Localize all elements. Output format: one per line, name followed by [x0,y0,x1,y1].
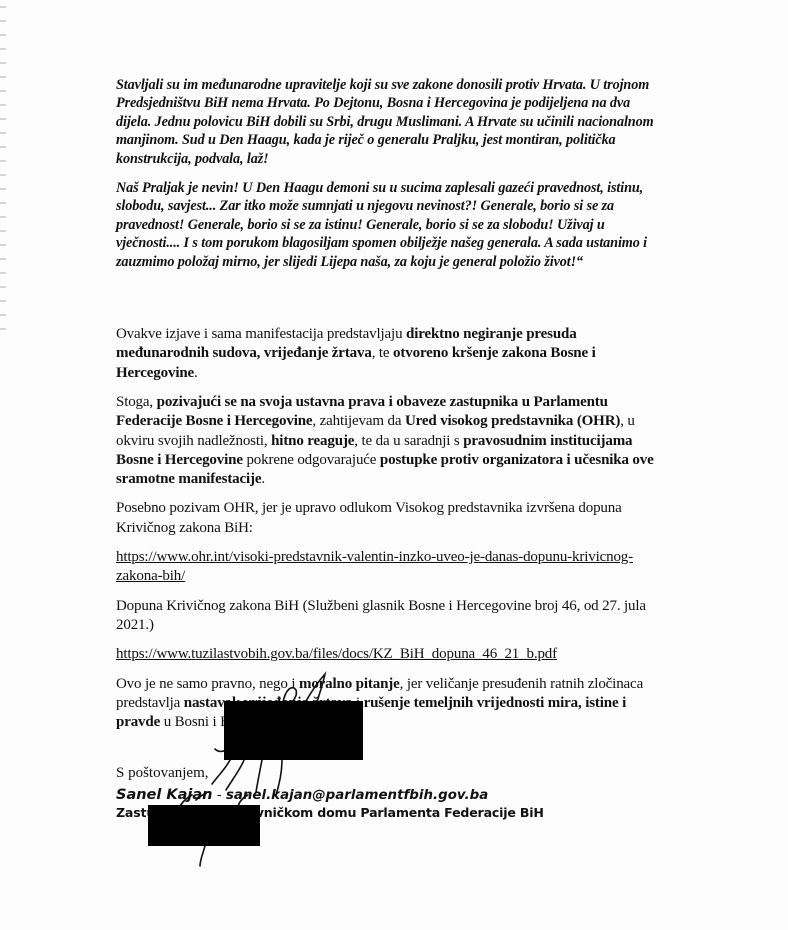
quote-paragraph-1: Stavljali su im međunarodne upravitelje … [116,76,664,168]
text-span: . [194,365,198,381]
text-span: Ovakve izjave i sama manifestacija preds… [116,326,406,342]
ohr-paragraph: Posebno pozivam OHR, jer je upravo odluk… [116,499,664,538]
text-span: , te da u saradnji s [354,433,463,449]
signatory-email[interactable]: sanel.kajan@parlamentfbih.gov.ba [226,788,488,803]
statement-paragraph: Ovakve izjave i sama manifestacija preds… [116,325,664,383]
separator: - [213,788,226,803]
prosecution-link[interactable]: https://www.tuzilastvobih.gov.ba/files/d… [116,646,557,662]
ohr-link-paragraph: https://www.ohr.int/visoki-predstavnik-v… [116,548,664,587]
redaction-box [148,805,260,846]
text-span: , zahtijevam da [312,413,405,429]
text-span: . [261,471,265,487]
emphasis-span: Ured visokog predstavnika (OHR) [405,413,620,429]
quote-paragraph-2: Naš Praljak je nevin! U Den Haagu demoni… [116,179,664,271]
signatory-line: Sanel Kajan - sanel.kajan@parlamentfbih.… [116,787,664,804]
prosecution-link-paragraph: https://www.tuzilastvobih.gov.ba/files/d… [116,645,664,664]
letter-body: Stavljali su im međunarodne upravitelje … [116,76,664,821]
emphasis-span: hitno reaguje [271,433,354,449]
text-span: pokrene odgovarajuće [243,452,380,468]
request-paragraph: Stoga, pozivajući se na svoja ustavna pr… [116,393,664,489]
closing-regards: S poštovanjem, [116,764,664,783]
signatory-name: Sanel Kajan [116,787,213,803]
text-span: Stoga, [116,394,157,410]
text-span: , te [372,345,393,361]
redaction-box [224,701,363,760]
amendment-paragraph: Dopuna Krivičnog zakona BiH (Službeni gl… [116,597,664,636]
moral-paragraph: Ovo je ne samo pravno, nego i moralno pi… [116,675,664,733]
ohr-link[interactable]: https://www.ohr.int/visoki-predstavnik-v… [116,549,633,584]
text-span: Ovo je ne samo pravno, nego i [116,676,299,692]
emphasis-span: moralno pitanje [299,676,400,692]
scanned-page-edge [0,0,6,330]
